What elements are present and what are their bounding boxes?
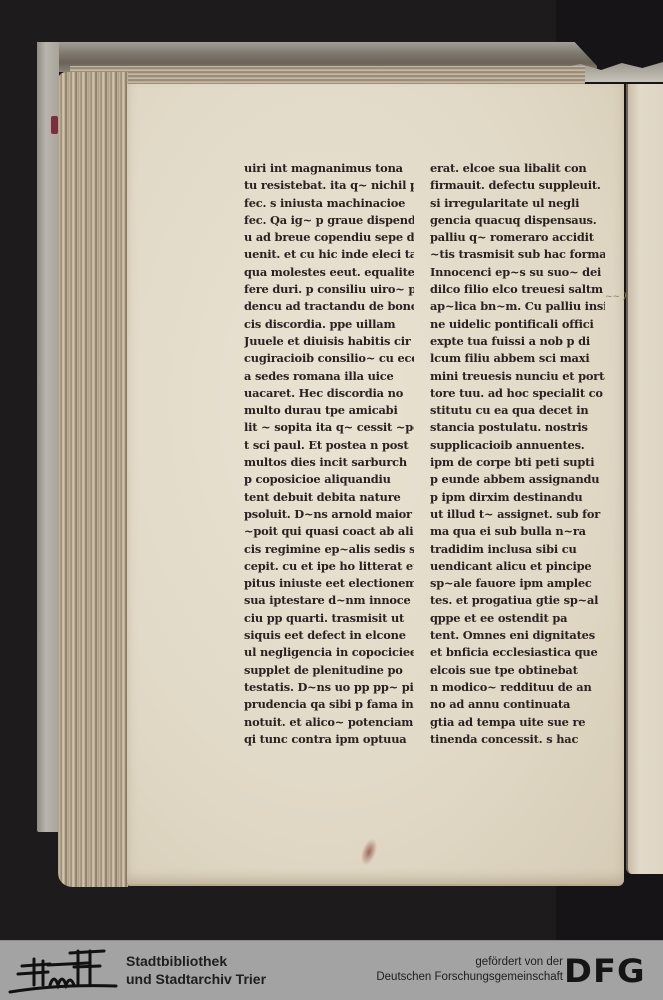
institution-name: Stadtbibliothek und Stadtarchiv Trier xyxy=(126,952,266,988)
manuscript-line: siquis eet defect in elcone xyxy=(244,627,414,644)
manuscript-line: ipm de corpe bti peti supti xyxy=(430,454,605,471)
manuscript-line: tore tuu. ad hoc specialit co xyxy=(430,385,605,402)
manuscript-line: supplet de plenitudine po xyxy=(244,662,414,679)
funding-line-1: gefördert von der xyxy=(376,955,563,970)
manuscript-line: ul negligencia in copociciee xyxy=(244,644,414,661)
manuscript-line: tradidim inclusa sibi cu xyxy=(430,541,605,558)
manuscript-line: p eunde abbem assignandu xyxy=(430,471,605,488)
manuscript-line: tent debuit debita nature xyxy=(244,489,414,506)
manuscript-line: u ad breue copendiu sepe de xyxy=(244,229,414,246)
manuscript-line: qi tunc contra ipm optuua xyxy=(244,731,414,748)
manuscript-line: gtia ad tempa uite sue re xyxy=(430,714,605,731)
manuscript-line: elcois sue tpe obtinebat xyxy=(430,662,605,679)
facing-page-edge xyxy=(626,84,663,874)
margin-note: ~~ ) xyxy=(605,292,626,302)
stadtbibliothek-trier-logo-icon xyxy=(8,947,118,995)
manuscript-line: Innocenci ep~s su suo~ dei xyxy=(430,264,605,281)
manuscript-line: tu resistebat. ita q~ nichil p xyxy=(244,177,414,194)
page-stack-fore-edge xyxy=(58,72,128,887)
manuscript-line: uacaret. Hec discordia no xyxy=(244,385,414,402)
manuscript-line: dilco filio elco treuesi saltm et xyxy=(430,281,605,298)
manuscript-line: sua iptestare d~nm innoce xyxy=(244,592,414,609)
manuscript-line: palliu q~ romeraro accidit xyxy=(430,229,605,246)
text-column-left: uiri int magnanimus tonatu resistebat. i… xyxy=(244,160,414,748)
manuscript-line: uendicant alicu et pincipe xyxy=(430,558,605,575)
manuscript-line: multo durau tpe amicabi xyxy=(244,402,414,419)
manuscript-line: firmauit. defectu suppleuit. xyxy=(430,177,605,194)
manuscript-line: t sci paul. Et postea n post xyxy=(244,437,414,454)
manuscript-line: ne uidelic pontificali offici xyxy=(430,316,605,333)
dfg-logo: DFG xyxy=(564,953,646,989)
manuscript-line: multos dies incit sarburch xyxy=(244,454,414,471)
manuscript-line: no ad annu continuata xyxy=(430,696,605,713)
manuscript-line: ~poit qui quasi coact ab ali xyxy=(244,523,414,540)
manuscript-line: stancia postulatu. nostris xyxy=(430,419,605,436)
manuscript-line: pitus iniuste eet electionem xyxy=(244,575,414,592)
manuscript-line: si irregularitate ul negli xyxy=(430,195,605,212)
footer-banner: Stadtbibliothek und Stadtarchiv Trier ge… xyxy=(0,940,663,1000)
manuscript-line: a sedes romana illa uice xyxy=(244,368,414,385)
manuscript-line: cis regimine ep~alis sedis sus xyxy=(244,541,414,558)
manuscript-line: fec. s iniusta machinacioe xyxy=(244,195,414,212)
manuscript-line: et bnficia ecclesiastica que xyxy=(430,644,605,661)
manuscript-line: fere duri. p consiliu uiro~ p xyxy=(244,281,414,298)
manuscript-line: cis discordia. ppe uillam xyxy=(244,316,414,333)
manuscript-line: expte tua fuissi a nob p di xyxy=(430,333,605,350)
manuscript-line: psoluit. D~ns arnold maior xyxy=(244,506,414,523)
manuscript-line: ma qua ei sub bulla n~ra xyxy=(430,523,605,540)
manuscript-line: Juuele et diuisis habitis cir xyxy=(244,333,414,350)
manuscript-scan: uiri int magnanimus tonatu resistebat. i… xyxy=(0,0,663,940)
institution-line-2: und Stadtarchiv Trier xyxy=(126,970,266,988)
institution-line-1: Stadtbibliothek xyxy=(126,952,266,970)
manuscript-line: prudencia qa sibi p fama in xyxy=(244,696,414,713)
manuscript-line: fec. Qa ig~ p graue dispendi xyxy=(244,212,414,229)
funding-notice: gefördert von der Deutschen Forschungsge… xyxy=(376,955,563,985)
manuscript-line: tent. Omnes eni dignitates xyxy=(430,627,605,644)
manuscript-line: testatis. D~ns uo pp pp~ pide xyxy=(244,679,414,696)
manuscript-line: p ipm dirxim destinandu xyxy=(430,489,605,506)
manuscript-line: ap~lica bn~m. Cu palliu insig xyxy=(430,298,605,315)
manuscript-line: uenit. et cu hic inde eleci tan xyxy=(244,246,414,263)
manuscript-line: p coposicioe aliquandiu xyxy=(244,471,414,488)
manuscript-line: erat. elcoe sua libalit con xyxy=(430,160,605,177)
text-column-right: erat. elcoe sua libalit confirmauit. def… xyxy=(430,160,605,748)
manuscript-line: dencu ad tractandu de bono pa xyxy=(244,298,414,315)
manuscript-line: tinenda concessit. s hac xyxy=(430,731,605,748)
manuscript-line: cugiracioib consilio~ cu ecc xyxy=(244,350,414,367)
manuscript-line: mini treuesis nunciu et porta xyxy=(430,368,605,385)
page-stack-top xyxy=(70,66,585,84)
manuscript-line: notuit. et alico~ potenciam xyxy=(244,714,414,731)
manuscript-line: lit ~ sopita ita q~ cessit ~poi xyxy=(244,419,414,436)
manuscript-line: stitutu cu ea qua decet in xyxy=(430,402,605,419)
manuscript-line: ciu pp quarti. trasmisit ut xyxy=(244,610,414,627)
manuscript-line: gencia quacuq dispensaus. xyxy=(430,212,605,229)
manuscript-line: tes. et progatiua gtie sp~al xyxy=(430,592,605,609)
red-bookmark-tab xyxy=(51,116,58,134)
manuscript-line: supplicacioib annuentes. xyxy=(430,437,605,454)
manuscript-line: sp~ale fauore ipm amplec xyxy=(430,575,605,592)
manuscript-line: ut illud t~ assignet. sub for xyxy=(430,506,605,523)
book-cover-left-edge xyxy=(37,42,59,832)
funding-line-2: Deutschen Forschungsgemeinschaft xyxy=(376,970,563,985)
manuscript-line: n modico~ reddituu de an xyxy=(430,679,605,696)
manuscript-line: qua molestes eeut. equaliter xyxy=(244,264,414,281)
manuscript-line: cepit. cu et ipe ho litterat et xyxy=(244,558,414,575)
manuscript-line: ~tis trasmisit sub hac forma. xyxy=(430,246,605,263)
manuscript-line: qppe et ee ostendit pa xyxy=(430,610,605,627)
manuscript-line: lcum filiu abbem sci maxi xyxy=(430,350,605,367)
manuscript-line: uiri int magnanimus tona xyxy=(244,160,414,177)
